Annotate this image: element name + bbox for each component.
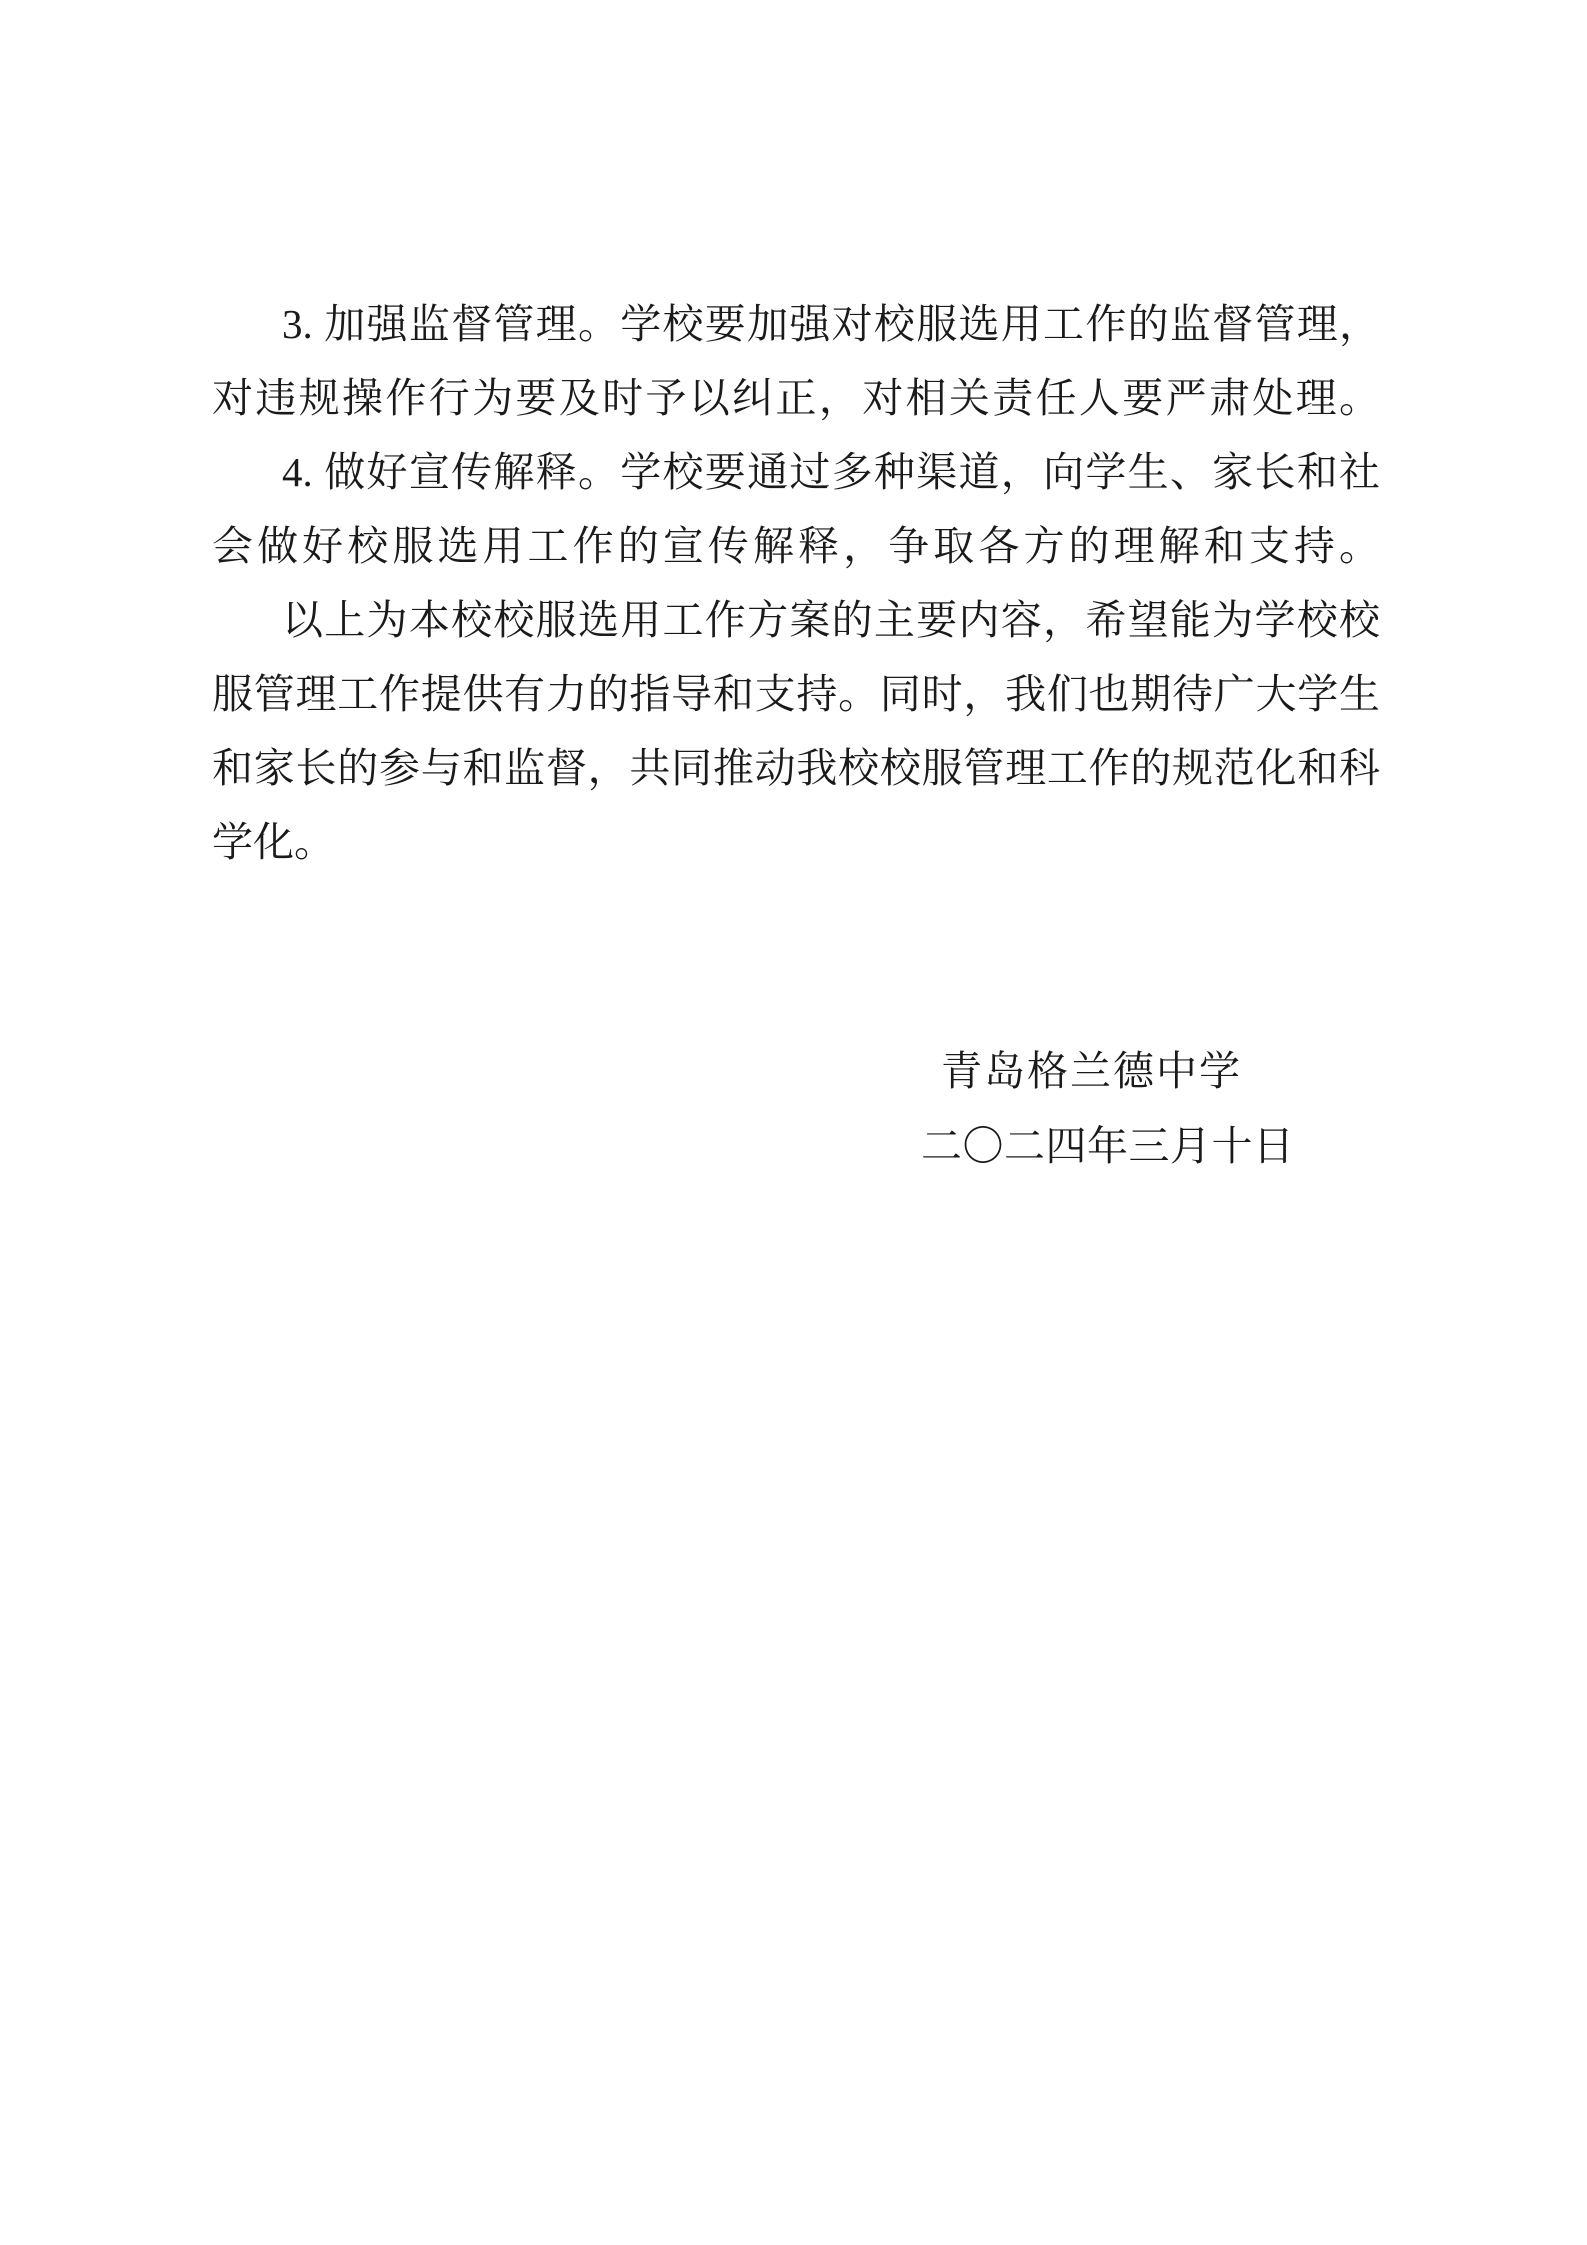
body-line-2: 对违规操作行为要及时予以纠正，对相关责任人要严肃处理。 bbox=[212, 361, 1380, 435]
document-body: 3. 加强监督管理。学校要加强对校服选用工作的监督管理， 对违规操作行为要及时予… bbox=[212, 287, 1380, 879]
body-line-6: 服管理工作提供有力的指导和支持。同时，我们也期待广大学生 bbox=[212, 657, 1380, 731]
body-line-1: 3. 加强监督管理。学校要加强对校服选用工作的监督管理， bbox=[212, 287, 1380, 361]
body-line-4: 会做好校服选用工作的宣传解释，争取各方的理解和支持。 bbox=[212, 509, 1380, 583]
document-page: 3. 加强监督管理。学校要加强对校服选用工作的监督管理， 对违规操作行为要及时予… bbox=[0, 0, 1587, 2245]
body-line-8: 学化。 bbox=[212, 805, 1380, 879]
signature-date: 二〇二四年三月十日 bbox=[921, 1109, 1295, 1183]
body-line-3: 4. 做好宣传解释。学校要通过多种渠道，向学生、家长和社 bbox=[212, 435, 1380, 509]
body-line-7: 和家长的参与和监督，共同推动我校校服管理工作的规范化和科 bbox=[212, 731, 1380, 805]
signature-organization: 青岛格兰德中学 bbox=[941, 1034, 1242, 1108]
body-line-5: 以上为本校校服选用工作方案的主要内容，希望能为学校校 bbox=[212, 583, 1380, 657]
